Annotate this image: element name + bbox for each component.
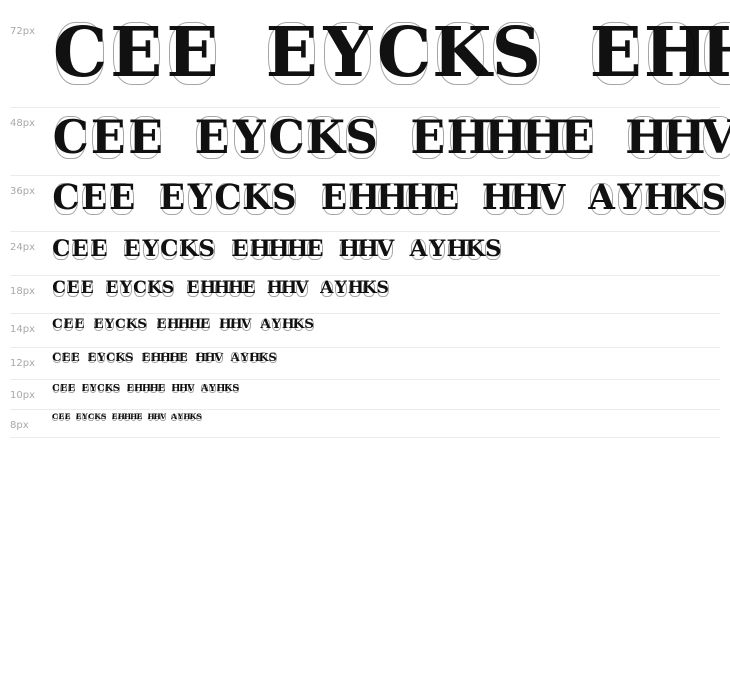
monogram-glyph: H [200,279,214,299]
size-label: 12px [10,358,35,369]
size-row-12px: 12pxCEEEYCKSEHHHEHHVAYHKS [10,347,720,380]
monogram-glyph: H [348,279,362,299]
glyph-sample: CEEEYCKSEHHHEHHVAYHKS [52,413,207,422]
size-row-10px: 10pxCEEEYCKSEHHHEHHVAYHKS [10,379,720,410]
monogram-glyph: E [123,236,142,262]
monogram-glyph: V [376,236,395,262]
monogram-glyph: S [161,279,175,299]
monogram-glyph: E [179,351,188,364]
monogram-glyph: H [287,236,306,262]
monogram-glyph: E [108,179,136,219]
monogram-glyph: C [97,383,105,394]
monogram-glyph: H [189,317,200,332]
monogram-glyph: E [126,383,134,394]
size-row-36px: 36pxCEEEYCKSEHHHEHHVAYHKS [10,175,720,232]
monogram-glyph: E [305,236,324,262]
monogram-glyph: E [66,279,80,299]
monogram-glyph: H [404,179,432,219]
monogram-glyph: H [282,317,293,332]
monogram-glyph: K [179,236,198,262]
monogram-glyph: Y [89,383,97,394]
monogram-glyph: S [376,279,390,299]
monogram-glyph: E [68,383,76,394]
monogram-glyph: V [241,317,252,332]
monogram-glyph: C [106,351,115,364]
monogram-glyph: H [249,236,268,262]
monogram-glyph: A [588,179,616,219]
monogram-glyph: H [357,236,376,262]
monogram-glyph: H [249,351,258,364]
monogram-glyph: K [305,111,342,164]
monogram-glyph: H [230,317,241,332]
monogram-glyph: H [644,14,700,93]
monogram-glyph: E [158,179,186,219]
monogram-glyph: E [80,179,108,219]
monogram-glyph: E [588,14,644,93]
monogram-glyph: H [482,179,510,219]
glyph-sample: CEEEYCKSEHHHEHHVAYHKS [52,111,730,164]
monogram-glyph: E [108,14,164,93]
monogram-glyph: H [644,179,672,219]
monogram-glyph: C [52,236,71,262]
monogram-glyph: E [89,111,126,164]
monogram-glyph: E [74,317,85,332]
monogram-glyph: Y [334,279,348,299]
monogram-glyph: E [87,351,96,364]
monogram-glyph: C [160,236,179,262]
monogram-glyph: S [268,351,277,364]
monogram-glyph: E [200,317,211,332]
monogram-glyph: K [147,279,161,299]
monogram-glyph: H [134,383,142,394]
monogram-glyph: K [432,14,488,93]
monogram-glyph: E [80,279,94,299]
monogram-glyph: S [137,317,148,332]
monogram-glyph: E [231,236,250,262]
monogram-glyph: C [52,179,80,219]
size-label: 10px [10,390,35,401]
monogram-glyph: H [179,383,187,394]
monogram-glyph: Y [616,179,644,219]
monogram-glyph: Y [320,14,376,93]
size-label: 36px [10,186,35,197]
monogram-glyph: E [105,279,119,299]
monogram-glyph: E [63,317,74,332]
monogram-glyph: S [484,236,503,262]
monogram-glyph: V [187,383,195,394]
monogram-glyph: E [60,383,68,394]
monogram-glyph: H [205,351,214,364]
monogram-glyph: K [672,179,700,219]
monogram-glyph: H [484,111,521,164]
monogram-glyph: K [126,317,137,332]
monogram-glyph: A [260,317,271,332]
size-label: 72px [10,26,35,37]
glyph-sample: CEEEYCKSEHHHEHHVAYHKS [52,14,730,93]
monogram-glyph: H [339,236,358,262]
monogram-glyph: E [158,383,166,394]
monogram-glyph: A [231,351,240,364]
monogram-glyph: K [224,383,232,394]
monogram-glyph: H [510,179,538,219]
monogram-glyph: A [320,279,334,299]
monogram-glyph: E [559,111,596,164]
monogram-glyph: S [700,179,728,219]
size-row-72px: 72pxCEEEYCKSEHHHEHHVAYHKS [10,0,720,108]
size-label: 24px [10,242,35,253]
monogram-glyph: S [100,413,106,422]
size-label: 8px [10,420,29,431]
monogram-glyph: K [465,236,484,262]
monogram-glyph: H [169,351,178,364]
monogram-glyph: E [320,179,348,219]
monogram-glyph: E [264,14,320,93]
glyph-sample: CEEEYCKSEHHHEHHVAYHKS [52,179,730,219]
monogram-glyph: C [52,111,89,164]
monogram-glyph: H [216,383,224,394]
glyph-sample: CEEEYCKSEHHHEHHVAYHKS [52,279,401,299]
monogram-glyph: V [160,413,166,422]
glyph-sample: CEEEYCKSEHHHEHHVAYHKS [52,317,323,332]
monogram-glyph: K [242,179,270,219]
monogram-glyph: E [93,317,104,332]
monogram-glyph: E [186,279,200,299]
monogram-glyph: Y [104,317,115,332]
monogram-glyph: C [376,14,432,93]
monogram-glyph: Y [119,279,133,299]
monogram-glyph: K [115,351,124,364]
size-label: 14px [10,324,35,335]
monogram-glyph: V [295,279,309,299]
monogram-glyph: Y [141,236,160,262]
size-row-8px: 8pxCEEEYCKSEHHHEHHVAYHKS [10,409,720,438]
monogram-glyph: E [61,351,70,364]
monogram-glyph: H [625,111,662,164]
monogram-glyph: H [195,351,204,364]
monogram-glyph: A [201,383,209,394]
monogram-glyph: Y [240,351,249,364]
size-label: 18px [10,286,35,297]
monogram-glyph: V [538,179,566,219]
monogram-glyph: E [156,317,167,332]
monogram-glyph: S [197,236,216,262]
monogram-glyph: Y [209,383,217,394]
monogram-glyph: S [270,179,298,219]
monogram-glyph: S [125,351,134,364]
monogram-glyph: S [232,383,240,394]
monogram-glyph: K [293,317,304,332]
monogram-glyph: E [164,14,220,93]
monogram-glyph: E [64,413,70,422]
monogram-glyph: Y [271,317,282,332]
glyph-sample: CEEEYCKSEHHHEHHVAYHKS [52,351,284,364]
monogram-glyph: C [52,279,66,299]
monogram-glyph: S [196,413,202,422]
monogram-glyph: H [228,279,242,299]
monogram-glyph: H [447,236,466,262]
monogram-glyph: C [268,111,305,164]
monogram-glyph: C [52,317,63,332]
glyph-sample: CEEEYCKSEHHHEHHVAYHKS [52,236,517,262]
monogram-glyph: H [663,111,700,164]
monogram-glyph: E [136,413,142,422]
monogram-glyph: H [219,317,230,332]
glyph-sample: CEEEYCKSEHHHEHHVAYHKS [52,383,246,394]
size-label: 48px [10,118,35,129]
monogram-glyph: A [409,236,428,262]
monogram-glyph: H [447,111,484,164]
monogram-glyph: C [214,179,242,219]
size-row-18px: 18pxCEEEYCKSEHHHEHHVAYHKS [10,275,720,314]
monogram-glyph: H [142,383,150,394]
size-row-24px: 24pxCEEEYCKSEHHHEHHVAYHKS [10,231,720,276]
monogram-glyph: H [521,111,558,164]
monogram-glyph: E [71,351,80,364]
monogram-glyph: H [267,279,281,299]
monogram-glyph: Y [186,179,214,219]
monogram-glyph: H [150,383,158,394]
font-preview: 72pxCEEEYCKSEHHHEHHVAYHKS48pxCEEEYCKSEHH… [0,0,730,700]
monogram-glyph: Y [231,111,268,164]
monogram-glyph: S [304,317,315,332]
monogram-glyph: E [89,236,108,262]
monogram-glyph: H [700,14,730,93]
monogram-glyph: E [193,111,230,164]
monogram-glyph: H [151,351,160,364]
monogram-glyph: H [167,317,178,332]
monogram-glyph: K [105,383,113,394]
monogram-glyph: S [343,111,380,164]
monogram-glyph: V [214,351,223,364]
monogram-glyph: H [281,279,295,299]
monogram-glyph: C [52,14,108,93]
monogram-glyph: E [432,179,460,219]
size-row-48px: 48pxCEEEYCKSEHHHEHHVAYHKS [10,107,720,176]
monogram-glyph: H [171,383,179,394]
monogram-glyph: H [376,179,404,219]
monogram-glyph: S [488,14,544,93]
monogram-glyph: V [700,111,730,164]
size-row-14px: 14pxCEEEYCKSEHHHEHHVAYHKS [10,313,720,348]
monogram-glyph: C [115,317,126,332]
monogram-glyph: E [409,111,446,164]
monogram-glyph: E [71,236,90,262]
monogram-glyph: H [178,317,189,332]
monogram-glyph: E [81,383,89,394]
monogram-glyph: H [214,279,228,299]
monogram-glyph: S [113,383,121,394]
monogram-glyph: Y [97,351,106,364]
monogram-glyph: E [127,111,164,164]
monogram-glyph: H [268,236,287,262]
monogram-glyph: E [141,351,150,364]
monogram-glyph: H [348,179,376,219]
monogram-glyph: K [259,351,268,364]
monogram-glyph: C [52,351,61,364]
monogram-glyph: E [242,279,256,299]
monogram-glyph: Y [428,236,447,262]
monogram-glyph: C [133,279,147,299]
monogram-glyph: C [52,383,60,394]
monogram-glyph: K [362,279,376,299]
monogram-glyph: H [160,351,169,364]
